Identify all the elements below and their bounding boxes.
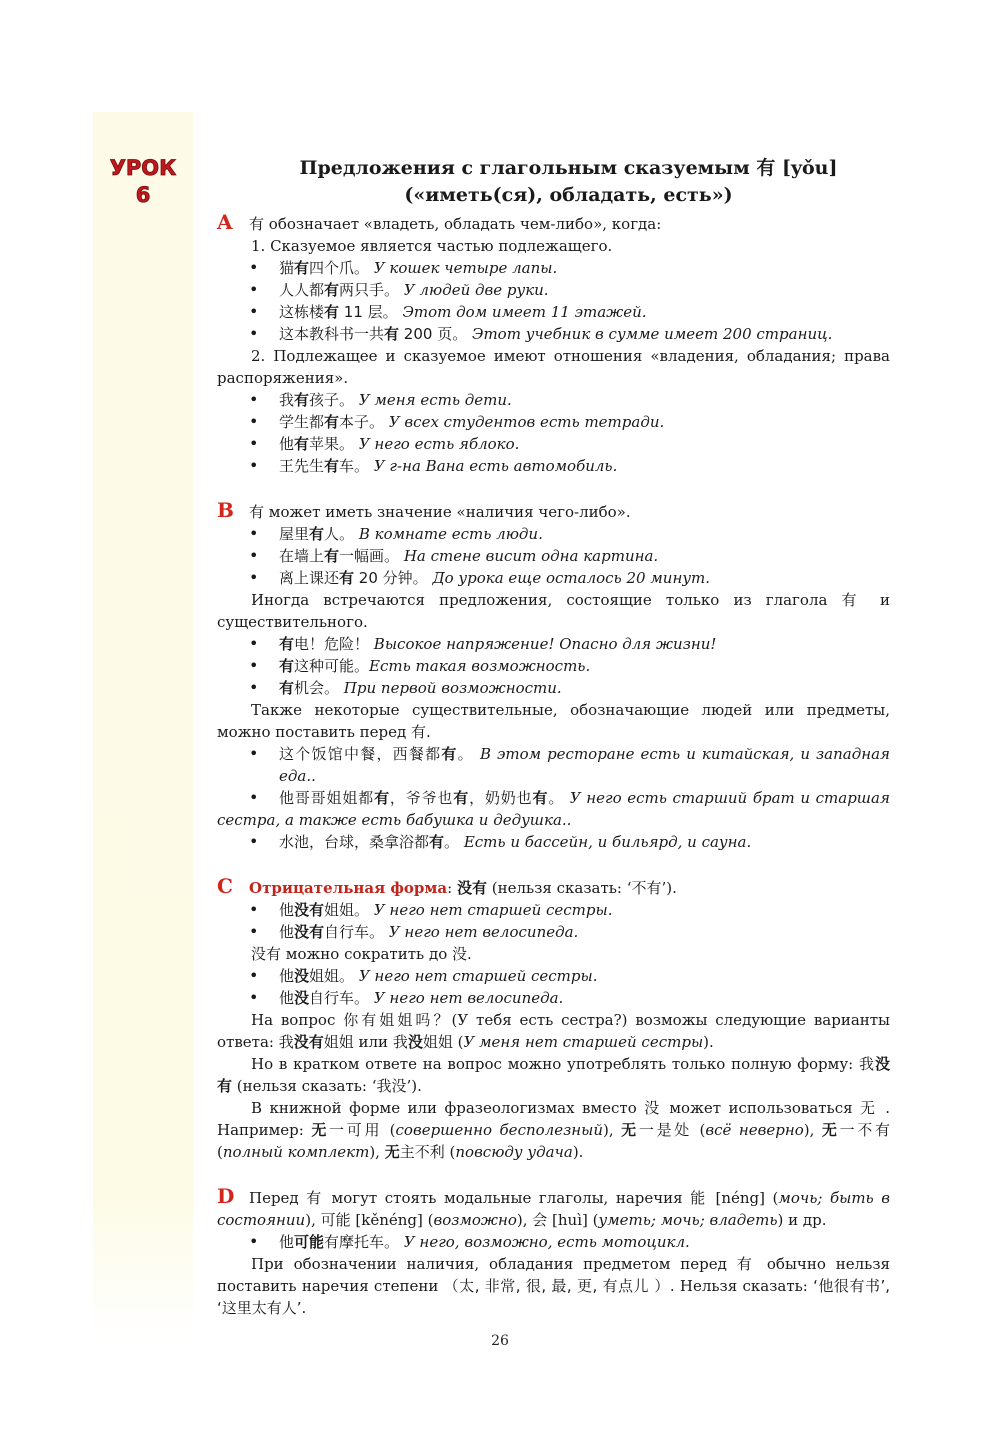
example-item: 他可能有摩托车。 У него, возможно, есть мотоцикл… [217, 1231, 890, 1253]
zh-text: 有 [249, 215, 264, 233]
zh-text: 。 [444, 833, 459, 851]
text: (нельзя сказать: ‘不有’). [487, 879, 677, 897]
text: При обозначении наличия, обладания предм… [251, 1255, 737, 1273]
zh-text: 20 分钟。 [354, 569, 428, 587]
section-c-examples-2: 他没姐姐。 У него нет старшей сестры. 他没自行车。 … [217, 965, 890, 1009]
zh-text: 离上课还 [279, 569, 339, 587]
section-c-examples-1: 他没有姐姐。 У него нет старшей сестры. 他没有自行车… [217, 899, 890, 943]
zh-text: 没 [452, 945, 467, 963]
translation: Высокое напряжение! Опасно для жизни! [374, 635, 717, 653]
text: ), [517, 1211, 532, 1229]
zh-text: 姐姐。 [309, 967, 354, 985]
zh-text: 机会。 [294, 679, 344, 697]
text: ) и др. [778, 1211, 827, 1229]
zh-text: 电！危险！ [294, 635, 374, 653]
zh-key: 无 [311, 1121, 329, 1139]
section-a-point-2: 2. Подлежащее и сказуемое имеют отношени… [217, 345, 890, 389]
example-item: 人人都有两只手。 У людей две руки. [217, 279, 890, 301]
translation: уметь; мочь; владеть [599, 1211, 778, 1229]
pinyin: [kěnéng] ( [351, 1211, 434, 1229]
section-heading: Отрицательная форма [249, 879, 447, 897]
text: может использоваться [662, 1099, 860, 1117]
zh-text: 本子。 [339, 413, 384, 431]
zh-text: 他 [279, 989, 294, 1007]
example-item: 他有苹果。 У него есть яблоко. [217, 433, 890, 455]
zh-key: 有 [324, 547, 339, 565]
example-item: 离上课还有 20 分钟。 До урока еще осталось 20 ми… [217, 567, 890, 589]
translation: Этот учебник в сумме имеет 200 страниц. [472, 325, 832, 343]
zh-text: 学生都 [279, 413, 324, 431]
zh-text: 四个爪。 [309, 259, 369, 277]
page-title: Предложения с глагольным сказуемым 有 [yǒ… [247, 155, 890, 209]
zh-text: 我 [279, 1033, 294, 1051]
section-c-paragraph-3: В книжной форме или фразеологизмах вмест… [217, 1097, 890, 1163]
section-c-paragraph-2: Но в кратком ответе на вопрос можно упот… [217, 1053, 890, 1097]
zh-key: 有 [324, 281, 339, 299]
text: . [467, 945, 472, 963]
page-content: Предложения с глагольным сказуемым 有 [yǒ… [217, 155, 890, 1319]
translation: У него нет велосипеда. [389, 923, 579, 941]
zh-text: 有 [249, 503, 264, 521]
zh-key: 有 [279, 657, 294, 675]
translation: У всех студентов есть тетради. [389, 413, 664, 431]
title-line-2: («иметь(ся), обладать, есть») [247, 182, 890, 209]
zh-key: 无 [822, 1121, 840, 1139]
section-letter: B [217, 499, 249, 521]
section-d-paragraph-1: При обозначении наличия, обладания предм… [217, 1253, 890, 1319]
zh-text: 他 [279, 435, 294, 453]
text: или [354, 1033, 393, 1051]
example-item: 他没姐姐。 У него нет старшей сестры. [217, 965, 890, 987]
section-letter: A [217, 211, 249, 233]
example-item: 水池，台球，桑拿浴都有。 Есть и бассейн, и бильярд, … [217, 831, 890, 853]
translation: У него есть яблоко. [359, 435, 520, 453]
zh-text: 王先生 [279, 457, 324, 475]
section-b-paragraph-2: Также некоторые существительные, обознач… [217, 699, 890, 743]
text: ). [703, 1033, 714, 1051]
zh-text: 能 [690, 1189, 708, 1207]
translation: У г-на Вана есть автомобиль. [374, 457, 618, 475]
example-item: 这栋楼有 11 层。 Этот дом имеет 11 этажей. [217, 301, 890, 323]
zh-text: 没 [644, 1099, 662, 1117]
zh-key: 有 [339, 569, 354, 587]
zh-text: 200 页。 [399, 325, 467, 343]
zh-text: 这栋楼 [279, 303, 324, 321]
zh-text: ，爷爷也 [390, 789, 453, 807]
zh-text: 我 [393, 1033, 408, 1051]
zh-key: 有 [294, 391, 309, 409]
section-a-examples-2: 我有孩子。 У меня есть дети. 学生都有本子。 У всех с… [217, 389, 890, 477]
translation: Этот дом имеет 11 этажей. [402, 303, 646, 321]
zh-key: 有 [374, 789, 390, 807]
example-item: 他没自行车。 У него нет велосипеда. [217, 987, 890, 1009]
section-letter: C [217, 875, 249, 897]
translation: У него нет велосипеда. [374, 989, 564, 1007]
zh-text: 两只手。 [339, 281, 399, 299]
zh-text: 孩子。 [309, 391, 354, 409]
zh-text: 他 [279, 967, 294, 985]
section-c: CОтрицательная форма: 没有 (нельзя сказать… [217, 875, 890, 1163]
zh-text: 人人都 [279, 281, 324, 299]
zh-text: 有摩托车。 [324, 1233, 399, 1251]
zh-key: 有 [533, 789, 549, 807]
translation: всё неверно [705, 1121, 803, 1139]
zh-key: 没 [408, 1033, 423, 1051]
text: ), [305, 1211, 320, 1229]
lesson-badge: УРОК 6 [93, 155, 193, 209]
zh-text: 苹果。 [309, 435, 354, 453]
zh-text: 我 [279, 391, 294, 409]
zh-text: 会 [532, 1211, 547, 1229]
zh-text: 你有姐姐吗？ [343, 1011, 451, 1029]
example-item: 猫有四个爪。 У кошек четыре лапы. [217, 257, 890, 279]
text: Перед [249, 1189, 306, 1207]
zh-text: ，奶奶也 [469, 789, 532, 807]
example-item: 屋里有人。 В комнате есть люди. [217, 523, 890, 545]
zh-key: 有 [294, 435, 309, 453]
zh-text: 他 [279, 1233, 294, 1251]
zh-key: 没有 [294, 1033, 324, 1051]
translation: В комнате есть люди. [359, 525, 543, 543]
spacer [217, 1163, 890, 1185]
zh-text: 我 [859, 1055, 875, 1073]
example-item: 有机会。 При первой возможности. [217, 677, 890, 699]
translation: У людей две руки. [404, 281, 549, 299]
section-a-examples-1: 猫有四个爪。 У кошек четыре лапы. 人人都有两只手。 У л… [217, 257, 890, 345]
translation: У него, возможно, есть мотоцикл. [404, 1233, 690, 1251]
section-b-intro: B有 может иметь значение «наличия чего-ли… [217, 499, 890, 523]
section-b-examples-1: 屋里有人。 В комнате есть люди. 在墙上有一幅画。 На с… [217, 523, 890, 589]
example-item: 他没有姐姐。 У него нет старшей сестры. [217, 899, 890, 921]
zh-text: 一可用 [329, 1121, 382, 1139]
zh-key: 有 [384, 325, 399, 343]
zh-text: 姐姐 [423, 1033, 453, 1051]
intro-text: может иметь значение «наличия чего-либо»… [264, 503, 631, 521]
zh-key: 没有 [294, 901, 324, 919]
zh-key: 没有 [294, 923, 324, 941]
text: В книжной форме или фразеологизмах вмест… [251, 1099, 644, 1117]
section-c-paragraph-1: На вопрос 你有姐姐吗？(У тебя есть сестра?) во… [217, 1009, 890, 1053]
translation: возможно [434, 1211, 517, 1229]
zh-text: 这种可能。 [294, 657, 369, 675]
zh-text: 11 层。 [339, 303, 398, 321]
translation: Есть такая возможность. [369, 657, 590, 675]
zh-text: 他 [279, 901, 294, 919]
zh-key: 有 [429, 833, 444, 851]
example-item: 这个饭馆中餐，西餐都有。 В этом ресторане есть и кит… [217, 743, 890, 787]
text: . [426, 723, 431, 741]
example-item: 这本教科书一共有 200 页。 Этот учебник в сумме име… [217, 323, 890, 345]
example-item: 王先生有车。 У г-на Вана есть автомобиль. [217, 455, 890, 477]
section-b: B有 может иметь значение «наличия чего-ли… [217, 499, 890, 853]
zh-text: 。 [548, 789, 564, 807]
translation: полный комплект [223, 1143, 369, 1161]
translation: повсюду удача [455, 1143, 572, 1161]
zh-text: 有 [842, 591, 866, 609]
side-strip [93, 112, 193, 1342]
zh-text: 屋里 [279, 525, 309, 543]
zh-key: 有 [294, 259, 309, 277]
section-c-heading: CОтрицательная форма: 没有 (нельзя сказать… [217, 875, 890, 899]
zh-text: 有 [411, 723, 426, 741]
translation: У него нет старшей сестры. [374, 901, 613, 919]
translation: При первой возможности. [344, 679, 562, 697]
pinyin: [huì] ( [547, 1211, 598, 1229]
zh-text: 一不有 [840, 1121, 890, 1139]
lesson-label: УРОК [93, 155, 193, 182]
zh-text: 这个饭馆中餐，西餐都 [279, 745, 441, 763]
section-a-point-1: 1. Сказуемое является частью подлежащего… [217, 235, 890, 257]
example-item: 他没有自行车。 У него нет велосипеда. [217, 921, 890, 943]
zh-key: 有 [309, 525, 324, 543]
zh-text: 。 [458, 745, 474, 763]
zh-key: 有 [279, 679, 294, 697]
text: ( [453, 1033, 464, 1051]
zh-text: 无 [860, 1099, 878, 1117]
intro-text: обозначает «владеть, обладать чем-либо»,… [264, 215, 661, 233]
zh-key: 有 [441, 745, 457, 763]
zh-text: 可能 [321, 1211, 351, 1229]
text: Иногда встречаются предложения, состоящи… [251, 591, 842, 609]
translation: До урока еще осталось 20 минут. [432, 569, 710, 587]
zh-key: 有 [324, 457, 339, 475]
section-b-paragraph-1: Иногда встречаются предложения, состоящи… [217, 589, 890, 633]
translation: У него нет старшей сестры. [359, 967, 598, 985]
translation: У кошек четыре лапы. [374, 259, 557, 277]
text: . [302, 1299, 307, 1317]
spacer [217, 477, 890, 499]
zh-text: 一幅画。 [339, 547, 399, 565]
zh-key: 没 [294, 967, 309, 985]
section-a: A有 обозначает «владеть, обладать чем-либ… [217, 211, 890, 477]
translation: На стене висит одна картина. [404, 547, 658, 565]
section-d: DПеред 有 могут стоять модальные глаголы,… [217, 1185, 890, 1319]
zh-text: 自行车。 [309, 989, 369, 1007]
pinyin: [néng] ( [708, 1189, 778, 1207]
example-item: 他哥哥姐姐都有，爷爷也有，奶奶也有。 У него есть старший б… [217, 787, 890, 831]
zh-text: 他哥哥姐姐都 [279, 789, 374, 807]
example-item: 学生都有本子。 У всех студентов есть тетради. [217, 411, 890, 433]
section-a-intro: A有 обозначает «владеть, обладать чем-либ… [217, 211, 890, 235]
text: . Нельзя сказать: [670, 1277, 813, 1295]
zh-text: 有 [306, 1189, 324, 1207]
section-b-examples-2: 有电！危险！ Высокое напряжение! Опасно для жи… [217, 633, 890, 699]
zh-text: 在墙上 [279, 547, 324, 565]
translation: совершенно бесполезный [396, 1121, 604, 1139]
text: (нельзя сказать: ‘我没’). [232, 1077, 422, 1095]
zh-text: 这本教科书一共 [279, 325, 384, 343]
zh-key: 可能 [294, 1233, 324, 1251]
zh-key: 没 [294, 989, 309, 1007]
text: могут стоять модальные глаголы, наречия [324, 1189, 690, 1207]
zh-text: 他 [279, 923, 294, 941]
zh-key: 有 [324, 303, 339, 321]
zh-key: 有 [279, 635, 294, 653]
example-item: 我有孩子。 У меня есть дети. [217, 389, 890, 411]
zh-key: 无 [385, 1143, 400, 1161]
text: Но в кратком ответе на вопрос можно упот… [251, 1055, 859, 1073]
section-c-short-note: 没有 можно сократить до 没. [217, 943, 890, 965]
zh-key: 没有 [457, 879, 487, 897]
zh-text: 一是处 [639, 1121, 692, 1139]
zh-text: （太, 非常, 很, 最, 更, 有点儿 ） [444, 1277, 670, 1295]
zh-text: 人。 [324, 525, 354, 543]
example-item: 在墙上有一幅画。 На стене висит одна картина. [217, 545, 890, 567]
page-number: 26 [0, 1333, 1000, 1349]
zh-text: 姐姐。 [324, 901, 369, 919]
zh-text: 姐姐 [324, 1033, 354, 1051]
zh-text: 主不利 [400, 1143, 445, 1161]
text: можно сократить до [281, 945, 452, 963]
zh-text: 车。 [339, 457, 369, 475]
zh-key: 有 [324, 413, 339, 431]
zh-text: 没有 [251, 945, 281, 963]
example-item: 有电！危险！ Высокое напряжение! Опасно для жи… [217, 633, 890, 655]
section-letter: D [217, 1185, 249, 1207]
translation: У меня нет старшей сестры [464, 1033, 704, 1051]
text: : [447, 879, 457, 897]
lesson-number: 6 [93, 182, 193, 209]
section-d-examples-1: 他可能有摩托车。 У него, возможно, есть мотоцикл… [217, 1231, 890, 1253]
zh-text: 猫 [279, 259, 294, 277]
zh-text: 水池，台球，桑拿浴都 [279, 833, 429, 851]
example-item: 有这种可能。Есть такая возможность. [217, 655, 890, 677]
text: На вопрос [251, 1011, 343, 1029]
text: Также некоторые существительные, обознач… [217, 701, 890, 741]
section-d-intro: DПеред 有 могут стоять модальные глаголы,… [217, 1185, 890, 1231]
translation: У меня есть дети. [359, 391, 512, 409]
section-b-examples-3: 这个饭馆中餐，西餐都有。 В этом ресторане есть и кит… [217, 743, 890, 853]
zh-key: 有 [453, 789, 469, 807]
zh-text: 自行车。 [324, 923, 384, 941]
spacer [217, 853, 890, 875]
title-line-1: Предложения с глагольным сказуемым 有 [yǒ… [247, 155, 890, 182]
zh-text: 有 [737, 1255, 757, 1273]
zh-key: 无 [621, 1121, 639, 1139]
translation: Есть и бассейн, и бильярд, и сауна. [464, 833, 751, 851]
